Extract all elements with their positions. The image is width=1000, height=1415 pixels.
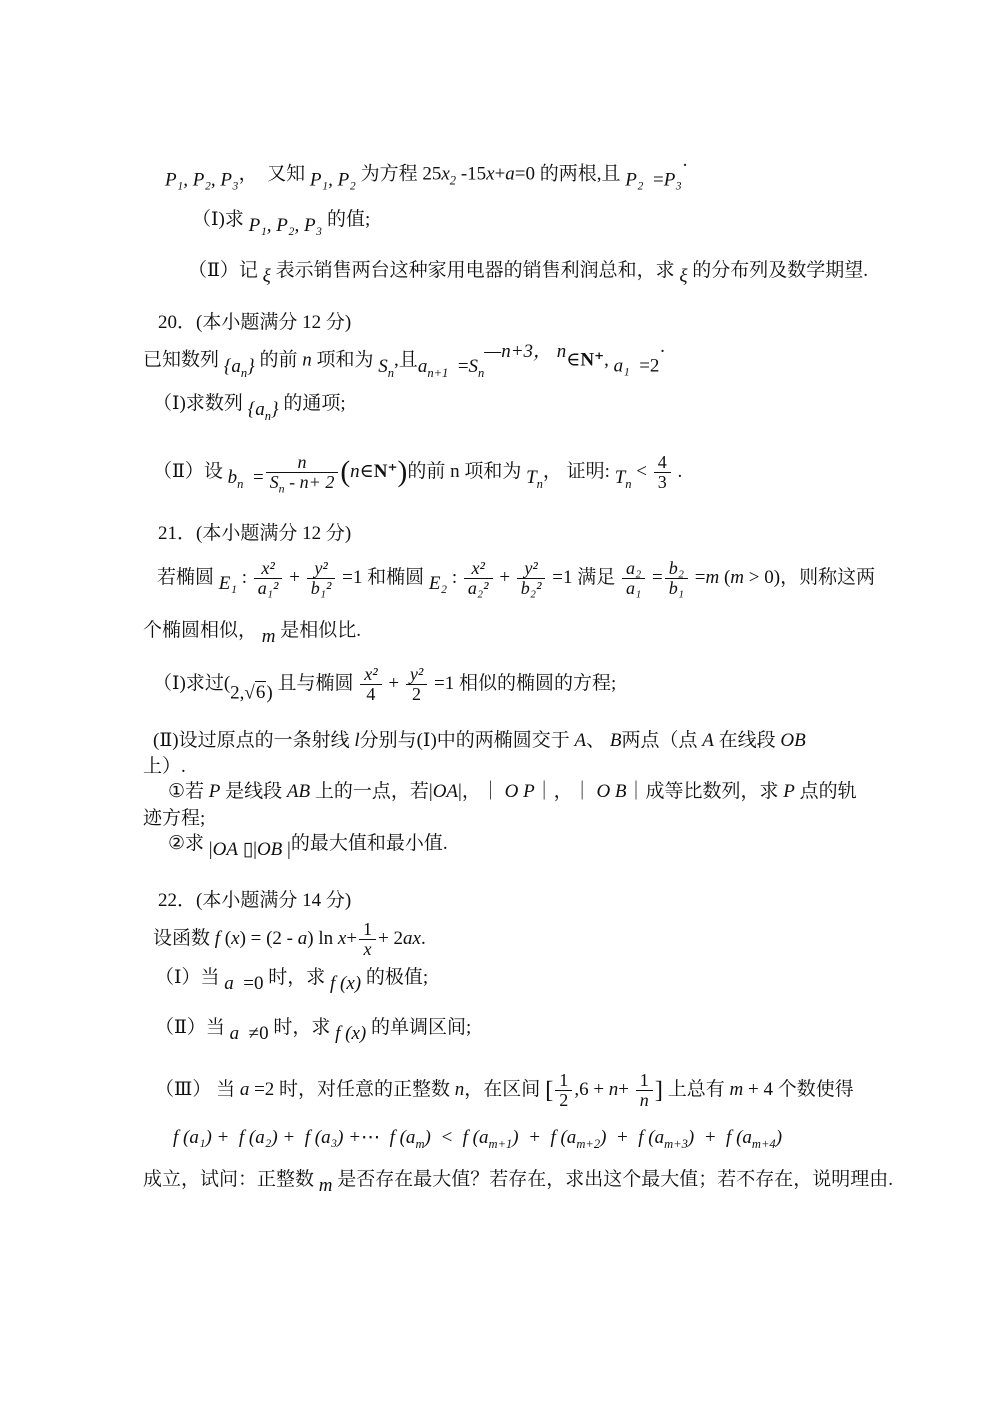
fraction-denominator: a₂² [464,578,493,598]
math-run: 2, [230,682,244,703]
math-run: T [526,467,537,488]
text-run: 的最大值和最小值. [291,833,448,854]
q21-stem-1: 若椭圆 E₁ : x²a₁² + y²b₁² =1 和椭圆 E₂ : x²a₂²… [157,559,875,598]
text-run: 21．(本小题满分 12 分) [158,523,351,544]
text-run: + [495,164,506,185]
text-run: < [632,461,652,482]
math-run: {a [248,399,265,420]
text-run: =1 [429,673,459,694]
text-run: + [618,1079,633,1100]
math-run: T [615,467,626,488]
math-run: n [350,461,360,482]
q21-item2: ②求 |OA ▯|OB |的最大值和最小值. [168,831,448,863]
text-run: 、 [586,730,610,751]
text-run: 上）. [143,756,186,777]
math-run: S [469,356,479,377]
text-run: 迹方程; [143,808,205,829]
text-run: 两点（点 [622,730,703,751]
text-run: 在线段 [714,730,781,751]
text-run: 的极值; [361,967,428,988]
text-run: ， 又知 [239,164,310,185]
text-run: ( [719,567,730,588]
text-run: ， 证明: [543,461,615,482]
text-run: + 4 个数使得 [743,1079,853,1100]
text-run: =0 的两根,且 [515,164,625,185]
math-run: n [609,1079,619,1100]
subscript: m [415,1137,424,1151]
math-run: = [243,467,263,488]
text-run: 时，求 [263,967,330,988]
q22-closing: 成立，试问：正整数 m 是否存在最大值？若存在，求出这个最大值；若不存在，说明理… [143,1167,893,1199]
text-run: 上总有 [663,1079,730,1100]
subscript: m+3 [664,1137,688,1151]
math-run: | [282,839,291,860]
math-run: ξ [263,266,271,287]
math-run: an+1 =Sn [418,356,484,377]
text-run: 个椭圆相似， [143,620,262,641]
math-run: E₁ [219,573,237,594]
text-run: 是否存在最大值？若存在，求出这个最大值；若不存在，说明理由. [333,1169,894,1190]
q21-item1-line1: ①若 P 是线段 AB 上的一点，若|OA|，｜ O P｜，｜ O B｜成等比数… [168,779,857,805]
text-run: 若椭圆 [157,567,219,588]
text-run: 的前 n 项和为 [407,461,526,482]
math-run: = [448,356,468,377]
math-run: m [319,1175,333,1196]
text-run: -15 [456,164,486,185]
math-run: {an} [248,399,279,420]
fraction-numerator: y² [307,559,336,578]
fraction-denominator: a₁² [254,578,283,598]
q22-part1: （Ⅰ）当 a =0 时，求 f (x) 的极值; [155,965,428,997]
fraction-denominator: x [359,939,376,959]
q21-stem-2: 个椭圆相似， m 是相似比. [143,618,361,650]
math-run: f (a₁) + f (a₂) + f (a₃) +⋯ f (a [173,1127,415,1148]
math-run: a₁ =2 [614,356,660,377]
q22-part2: （Ⅱ）当 a ≠0 时，求 f (x) 的单调区间; [155,1015,471,1047]
math-run: x [441,164,449,185]
text-run: 点的轨 [795,781,857,802]
text-run: 表示销售两台这种家用电器的销售利润总和，求 [271,260,680,281]
math-run: = [643,170,663,191]
fraction-numerator: 4 [654,453,671,472]
math-run: {an} [224,356,255,377]
subscript: m+2 [576,1137,600,1151]
math-run: S [270,472,279,492]
text-run: 为方程 25 [356,164,442,185]
fraction-denominator: b₂² [517,578,546,598]
math-run: E₂ [429,573,447,594]
math-run: A [575,730,587,751]
fraction-numerator: y² [517,559,546,578]
fraction-numerator: x² [360,665,381,684]
math-run: ) < f (a [425,1127,489,1148]
q22-inequality: f (a₁) + f (a₂) + f (a₃) +⋯ f (am) < f (… [173,1125,782,1151]
fraction: 12 [553,1071,574,1110]
math-run: a [240,1079,250,1100]
math-run: S [378,356,388,377]
math-run: OA [213,839,238,860]
fraction-denominator: 4 [360,684,381,704]
math-run: N⁺ [580,350,604,371]
q21-part2-line2: 上）. [143,754,186,780]
fraction-numerator: n [266,453,339,472]
text-run: 的单调区间; [366,1017,471,1038]
text-run: : [447,567,462,588]
text-run: ，则称这两 [780,567,875,588]
math-run: P₂ [625,170,643,191]
text-run: + 2 [378,928,403,949]
subscript: m+1 [489,1137,513,1151]
math-run: a [230,1023,240,1044]
math-run: m [730,567,744,588]
math-run: OB [780,730,805,751]
math-run: n [302,350,312,371]
q22-part3: （Ⅲ） 当 a =2 时，对任意的正整数 n，在区间 [12,6 + n+ 1n… [155,1071,854,1110]
math-run: bn = [228,467,264,488]
math-run: N⁺ [374,461,398,482]
text-run: ①若 [168,781,209,802]
math-run: ▯| [238,839,257,860]
math-run: ) [776,1127,782,1148]
math-run: m [705,567,719,588]
math-run: ≠0 [239,1023,268,1044]
text-run: （Ⅱ）设 [153,461,228,482]
fraction-denominator: b₁ [665,578,688,598]
fraction-numerator: x² [254,559,283,578]
fraction-numerator: a₂ [622,559,645,578]
q20-part2: （Ⅱ）设 bn =nSn - n+ 2(n∈N⁺)的前 n 项和为 Tn， 证明… [153,453,682,492]
fraction: 1n [634,1071,655,1110]
math-run: {a [224,356,241,377]
text-run: =1 和椭圆 [337,567,428,588]
q19-part2: （Ⅱ）记 ξ 表示销售两台这种家用电器的销售利润总和，求 ξ 的分布列及数学期望… [188,258,868,290]
text-run: 上的一点，若| [310,781,433,802]
text-run: 项和为 [312,350,379,371]
q21-item1-line2: 迹方程; [143,806,205,832]
text-run: . [421,928,426,949]
text-run: （Ⅰ)求过( [153,673,230,694]
text-run: 的值; [322,209,370,230]
text-run: 的分布列及数学期望. [687,260,868,281]
fraction-denominator: n [636,1090,653,1110]
math-run: P₁, P₂, P₃ [165,170,239,191]
fraction: nSn - n+ 2 [264,453,341,492]
text-run: 20．(本小题满分 12 分) [158,312,351,333]
math-run: x [486,164,494,185]
text-run: =1 满足 [547,567,619,588]
math-run: · [659,341,665,362]
math-run: OA [433,781,458,802]
fraction-numerator: 1 [359,920,376,939]
math-run: =0 [234,973,264,994]
text-run: ) = (2 - [240,928,298,949]
subscript: n [478,365,484,379]
math-run: B [610,730,622,751]
fraction: a₂a₁ [620,559,647,598]
q21-part1: （Ⅰ)求过(2,√6) 且与椭圆 x²4 + y²2 =1 相似的椭圆的方程; [153,665,616,706]
q20-header: 20．(本小题满分 12 分) [158,310,351,336]
math-run: · [682,155,688,176]
fraction-denominator: Sn - n+ 2 [266,472,339,492]
fraction-numerator: b₂ [665,559,688,578]
math-run: OB [257,839,282,860]
exam-page: P₁, P₂, P₃， 又知 P₁, P₂ 为方程 25x2 -15x+a=0 … [0,0,1000,1415]
text-run: ,且 [394,350,418,371]
left-paren: ( [340,456,350,488]
text-run: , [604,350,614,371]
fraction-denominator: 2 [406,684,427,704]
text-run: ｜，｜ [535,781,597,802]
fraction: y²b₁² [305,559,338,598]
text-run: ( [220,928,231,949]
radicand: 6 [255,681,267,703]
fraction-denominator: b₁² [307,578,336,598]
fraction: 1x [357,920,378,959]
fraction: x²a₁² [252,559,285,598]
text-run: . [673,461,683,482]
text-run: : [237,567,252,588]
math-run: ax [403,928,421,949]
math-run: b [228,467,238,488]
text-run: 设函数 [153,928,215,949]
text-run: 是线段 [220,781,287,802]
math-run: O B [596,781,626,802]
math-run: a [298,928,308,949]
text-run: ，在区间 [464,1079,545,1100]
math-run: P₃ [664,170,682,191]
fraction-numerator: 1 [636,1071,653,1090]
text-run: 成立，试问：正整数 [143,1169,319,1190]
text-run: = [690,567,705,588]
text-run: (Ⅱ)设过原点的一条射线 [153,730,354,751]
text-run: > 0) [744,567,780,588]
left-bracket: [ [545,1076,553,1103]
math-run: } [247,356,255,377]
text-run: ｜成等比数列，求 [627,781,784,802]
math-run: } [271,399,279,420]
math-run: f (x) [335,1023,366,1044]
text-run: + [284,567,304,588]
math-run: |OA ▯|OB | [209,839,291,860]
text-run: 是相似比. [276,620,362,641]
q19-line-1: P₁, P₂, P₃， 又知 P₁, P₂ 为方程 25x2 -15x+a=0 … [165,153,688,193]
text-run: + [495,567,515,588]
math-run: a ≠0 [230,1023,269,1044]
text-run: ∈ [566,350,580,371]
math-run: a [505,164,515,185]
math-run: n [552,341,566,362]
q21-part2-line1: (Ⅱ)设过原点的一条射线 l分别与(Ⅰ)中的两椭圆交于 A、 B两点（点 A 在… [153,728,806,754]
fraction: x²a₂² [462,559,495,598]
math-run: a [224,973,234,994]
math-run: P₁, P₂, P₃ [249,215,323,236]
text-run: ②求 [168,833,209,854]
q20-part1: （Ⅰ)求数列 {an} 的通项; [153,391,346,423]
fraction: 43 [652,453,673,492]
text-run: （Ⅱ）当 [155,1017,230,1038]
math-run: P [209,781,221,802]
q19-part1: （Ⅰ)求 P₁, P₂, P₃ 的值; [192,207,370,239]
fraction-denominator: 3 [654,472,671,492]
text-run: 的前 [255,350,303,371]
text-run: 已知数列 [143,350,224,371]
fraction: x²4 [358,665,383,704]
text-run: （Ⅰ)求 [192,209,249,230]
fraction: y²b₂² [515,559,548,598]
right-paren: ) [398,456,408,488]
text-run: （Ⅰ）当 [155,967,224,988]
text-run: |，｜ [458,781,505,802]
math-run: P [783,781,795,802]
q21-header: 21．(本小题满分 12 分) [158,521,351,547]
math-run: ) + f (a [600,1127,664,1148]
fraction: y²2 [404,665,429,704]
fraction-denominator: 2 [555,1090,572,1110]
text-run: =2 时，对任意的正整数 [249,1079,454,1100]
text-run: （Ⅰ)求数列 [153,393,248,414]
text-run: 且与椭圆 [273,673,359,694]
fraction-numerator: 1 [555,1071,572,1090]
q20-stem: 已知数列 {an} 的前 n 项和为 Sn,且an+1 =Sn—n+3， n∈N… [143,339,666,379]
math-run: A [702,730,714,751]
math-run: m [730,1079,744,1100]
text-run: + [384,673,404,694]
text-run: （Ⅱ）记 [188,260,263,281]
text-run: ) ln [307,928,338,949]
math-run: n [455,1079,465,1100]
math-run: AB [287,781,310,802]
text-run: = [647,567,662,588]
text-run: 的通项; [279,393,346,414]
math-run: Tn [615,467,632,488]
math-run: - n+ 2 [285,472,335,492]
math-run: O P [505,781,535,802]
radical-sign: √ [244,682,254,703]
text-run: 分别与(Ⅰ)中的两椭圆交于 [360,730,575,751]
q22-header: 22．(本小题满分 14 分) [158,888,351,914]
math-run: Sn [378,356,394,377]
text-run: ,6 + [574,1079,608,1100]
text-run: 相似的椭圆的方程; [459,673,616,694]
math-run: ) + f (a [512,1127,576,1148]
math-run: a =0 [224,973,263,994]
right-bracket: ] [655,1076,663,1103]
fraction: b₂b₁ [663,559,690,598]
math-run: a [418,356,428,377]
subscript: m+4 [752,1137,776,1151]
text-run: ∈ [360,461,374,482]
math-run: 2,√6) [230,681,273,703]
fraction-denominator: a₁ [622,578,645,598]
text-run: 时，求 [269,1017,336,1038]
math-run: —n+3， [484,341,552,362]
math-run: =2 [630,356,660,377]
fraction-numerator: x² [464,559,493,578]
text-run: 22．(本小题满分 14 分) [158,890,351,911]
text-run: + [346,928,357,949]
q22-stem: 设函数 f (x) = (2 - a) ln x+1x+ 2ax. [153,920,426,959]
math-run: ) + f (a [688,1127,752,1148]
math-run: x [231,928,239,949]
subscript: n+1 [427,365,448,379]
fraction-numerator: y² [406,665,427,684]
math-run: P₁, P₂ [310,170,356,191]
math-run: Tn [526,467,543,488]
math-run: m [262,626,276,647]
math-run: f (x) [330,973,361,994]
math-run: a₁ [614,356,630,377]
text-run: （Ⅲ） 当 [155,1079,240,1100]
